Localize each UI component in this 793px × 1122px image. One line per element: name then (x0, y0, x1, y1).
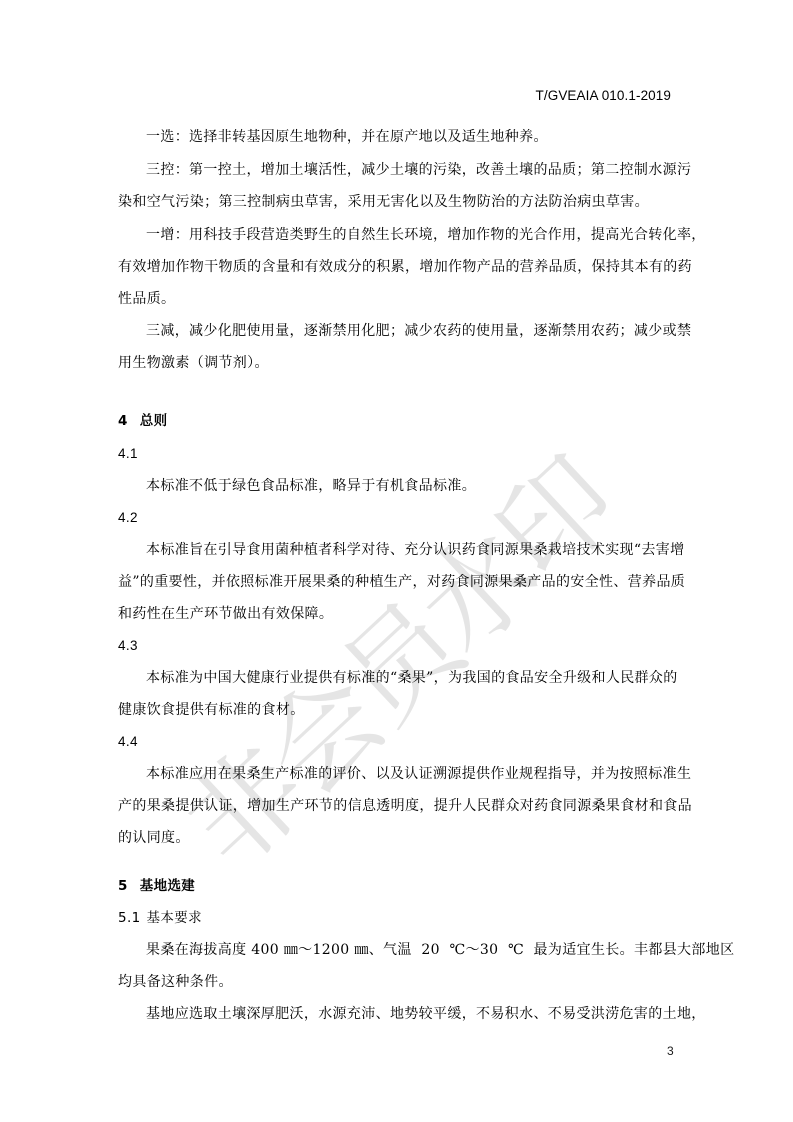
clause-4-4-number: 4.4 (118, 734, 674, 750)
clause-4-3-number: 4.3 (118, 638, 674, 654)
section-5-title: 基地选建 (140, 878, 195, 894)
subsection-5-1-p2-line1: 基地应选取土壤深厚肥沃，水源充沛、地势较平缓，不易积水、不易受洪涝危害的土地， (146, 1006, 674, 1022)
subsection-5-1-number: 5.1 (118, 910, 141, 926)
clause-4-4-line3: 的认同度。 (118, 830, 674, 846)
clause-4-2-line2: 益”的重要性，并依照标准开展果桑的种植生产，对药食同源果桑产品的安全性、营养品质 (118, 574, 674, 590)
standard-code: T/GVEAIA 010.1-2019 (536, 88, 671, 103)
subsection-5-1-heading: 5.1基本要求 (118, 910, 674, 926)
paragraph-sankong-line2: 染和空气污染；第三控制病虫草害，采用无害化以及生物防治的方法防治病虫草害。 (118, 194, 674, 210)
clause-4-1-number: 4.1 (118, 446, 674, 462)
paragraph-sanjian-line2: 用生物激素（调节剂）。 (118, 355, 674, 371)
clause-4-4-line2: 产的果桑提供认证，增加生产环节的信息透明度，提升人民群众对药食同源桑果食材和食品 (118, 798, 674, 814)
section-4-title: 总则 (140, 413, 168, 429)
paragraph-yizeng-line3: 性品质。 (118, 291, 674, 307)
page-number: 3 (667, 1044, 674, 1058)
paragraph-sankong-line1: 三控：第一控土，增加土壤活性，减少土壤的污染，改善土壤的品质；第二控制水源污 (146, 162, 674, 178)
clause-4-2-number: 4.2 (118, 510, 674, 526)
section-4-heading: 4总则 (118, 413, 674, 429)
clause-4-4-line1: 本标准应用在果桑生产标准的评价、以及认证溯源提供作业规程指导，并为按照标准生 (146, 766, 674, 782)
section-5-heading: 5基地选建 (118, 878, 674, 894)
paragraph-yizeng-line1: 一增：用科技手段营造类野生的自然生长环境，增加作物的光合作用，提高光合转化率， (146, 227, 674, 243)
subsection-5-1-p1-line2: 均具备这种条件。 (118, 974, 674, 990)
paragraph-sanjian-line1: 三减，减少化肥使用量，逐渐禁用化肥；减少农药的使用量，逐渐禁用农药；减少或禁 (146, 323, 674, 339)
clause-4-3-line2: 健康饮食提供有标准的食材。 (118, 702, 674, 718)
paragraph-yixuan: 一选：选择非转基因原生地物种，并在原产地以及适生地种养。 (146, 129, 674, 145)
paragraph-yizeng-line2: 有效增加作物干物质的含量和有效成分的积累，增加作物产品的营养品质，保持其本有的药 (118, 259, 674, 275)
clause-4-1-text: 本标准不低于绿色食品标准，略异于有机食品标准。 (146, 478, 674, 494)
document-page: 非会员水印 T/GVEAIA 010.1-2019 一选：选择非转基因原生地物种… (0, 0, 793, 1122)
subsection-5-1-title: 基本要求 (147, 910, 202, 926)
clause-4-2-line3: 和药性在生产环节做出有效保障。 (118, 606, 674, 622)
section-5-number: 5 (118, 878, 128, 894)
subsection-5-1-p1-line1: 果桑在海拔高度 400 ㎜～1200 ㎜、气温 20 ℃～30 ℃ 最为适宜生长… (146, 942, 674, 958)
clause-4-2-line1: 本标准旨在引导食用菌种植者科学对待、充分认识药食同源果桑栽培技术实现“去害增 (146, 542, 674, 558)
section-4-number: 4 (118, 413, 128, 429)
clause-4-3-line1: 本标准为中国大健康行业提供有标准的“桑果”，为我国的食品安全升级和人民群众的 (146, 670, 674, 686)
